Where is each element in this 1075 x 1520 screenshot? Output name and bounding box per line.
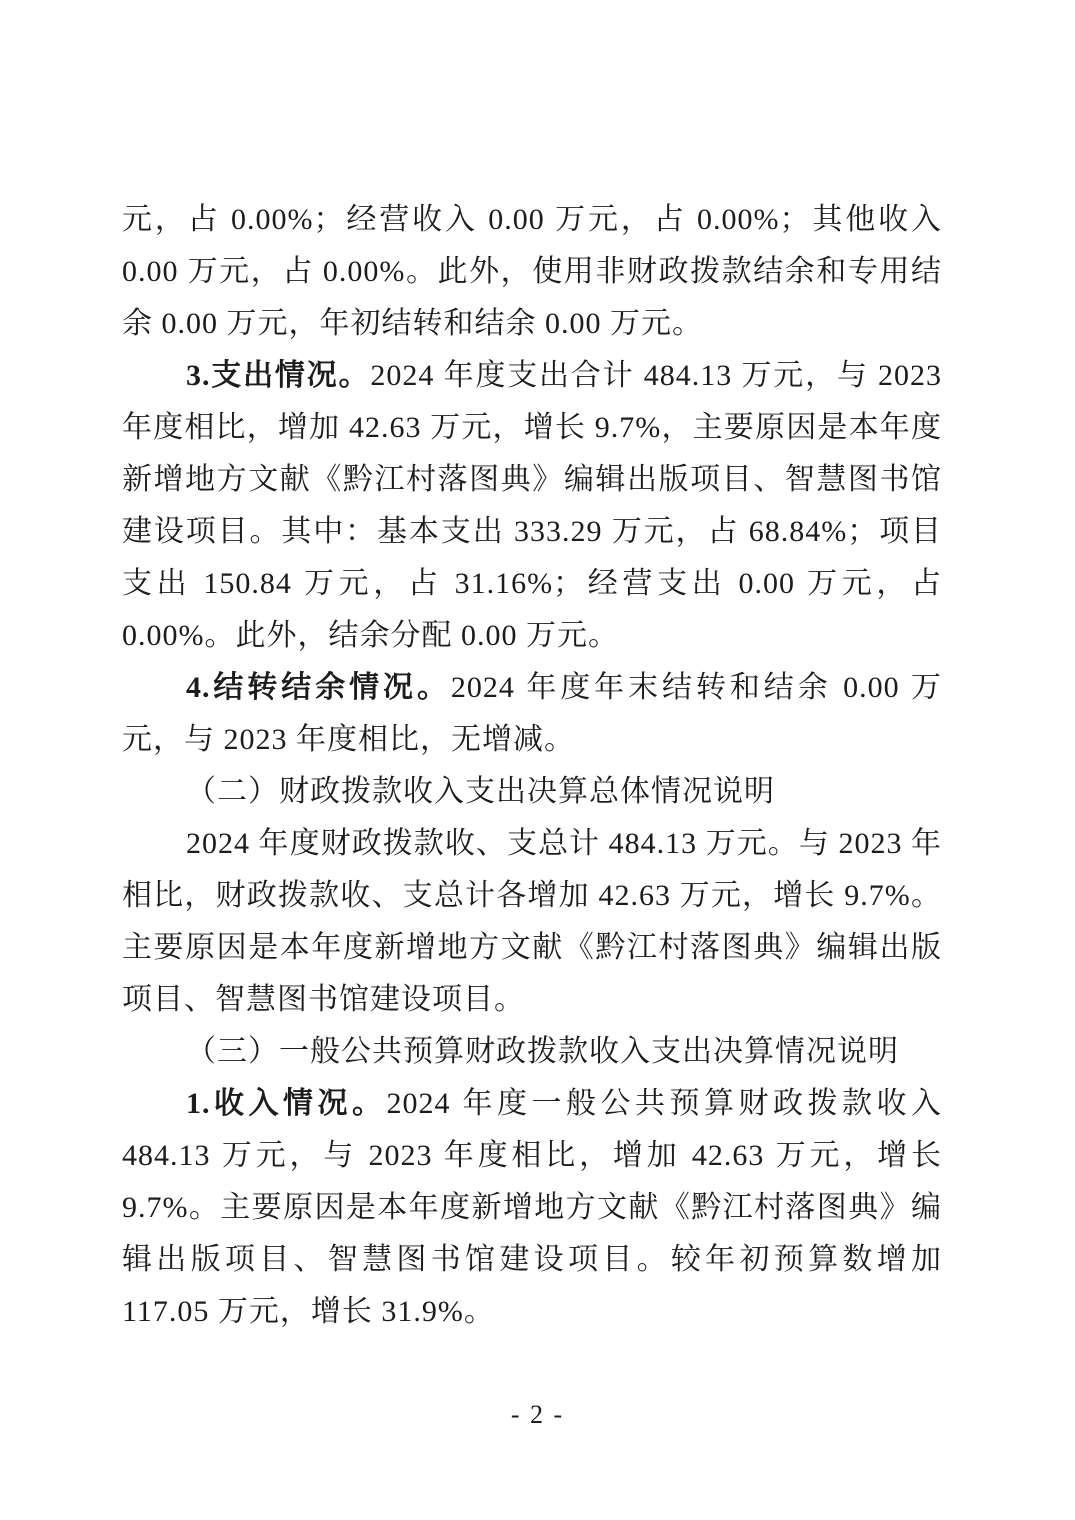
heading-section-3: （三）一般公共预算财政拨款收入支出决算情况说明	[122, 1026, 942, 1078]
footer-page-number: - 2 -	[0, 1398, 1075, 1432]
paragraph-fiscal-appropriation-total: 2024 年度财政拨款收、支总计 484.13 万元。与 2023 年相比，财政…	[122, 818, 942, 1026]
paragraph-income-continuation: 元，占 0.00%；经营收入 0.00 万元，占 0.00%；其他收入 0.00…	[122, 194, 942, 350]
paragraph-expenditure: 3.支出情况。2024 年度支出合计 484.13 万元，与 2023 年度相比…	[122, 350, 942, 662]
document-body: 元，占 0.00%；经营收入 0.00 万元，占 0.00%；其他收入 0.00…	[122, 194, 942, 1338]
paragraph-general-budget-income: 1.收入情况。2024 年度一般公共预算财政拨款收入 484.13 万元，与 2…	[122, 1078, 942, 1338]
paragraph-text: 2024 年度财政拨款收、支总计 484.13 万元。与 2023 年相比，财政…	[122, 827, 942, 1016]
paragraph-lead-emphasis: 3.支出情况。	[186, 359, 370, 392]
paragraph-text: （三）一般公共预算财政拨款收入支出决算情况说明	[186, 1035, 899, 1068]
paragraph-text: 2024 年度支出合计 484.13 万元，与 2023 年度相比，增加 42.…	[122, 359, 942, 652]
paragraph-text: （二）财政拨款收入支出决算总体情况说明	[186, 775, 775, 808]
paragraph-lead-emphasis: 1.收入情况。	[186, 1087, 387, 1120]
document-page: 元，占 0.00%；经营收入 0.00 万元，占 0.00%；其他收入 0.00…	[0, 0, 1075, 1520]
paragraph-text: 元，占 0.00%；经营收入 0.00 万元，占 0.00%；其他收入 0.00…	[122, 203, 942, 340]
paragraph-carryover: 4.结转结余情况。2024 年度年末结转和结余 0.00 万元，与 2023 年…	[122, 662, 942, 766]
paragraph-text: 2024 年度一般公共预算财政拨款收入 484.13 万元，与 2023 年度相…	[122, 1087, 942, 1328]
heading-section-2: （二）财政拨款收入支出决算总体情况说明	[122, 766, 942, 818]
paragraph-lead-emphasis: 4.结转结余情况。	[186, 671, 451, 704]
